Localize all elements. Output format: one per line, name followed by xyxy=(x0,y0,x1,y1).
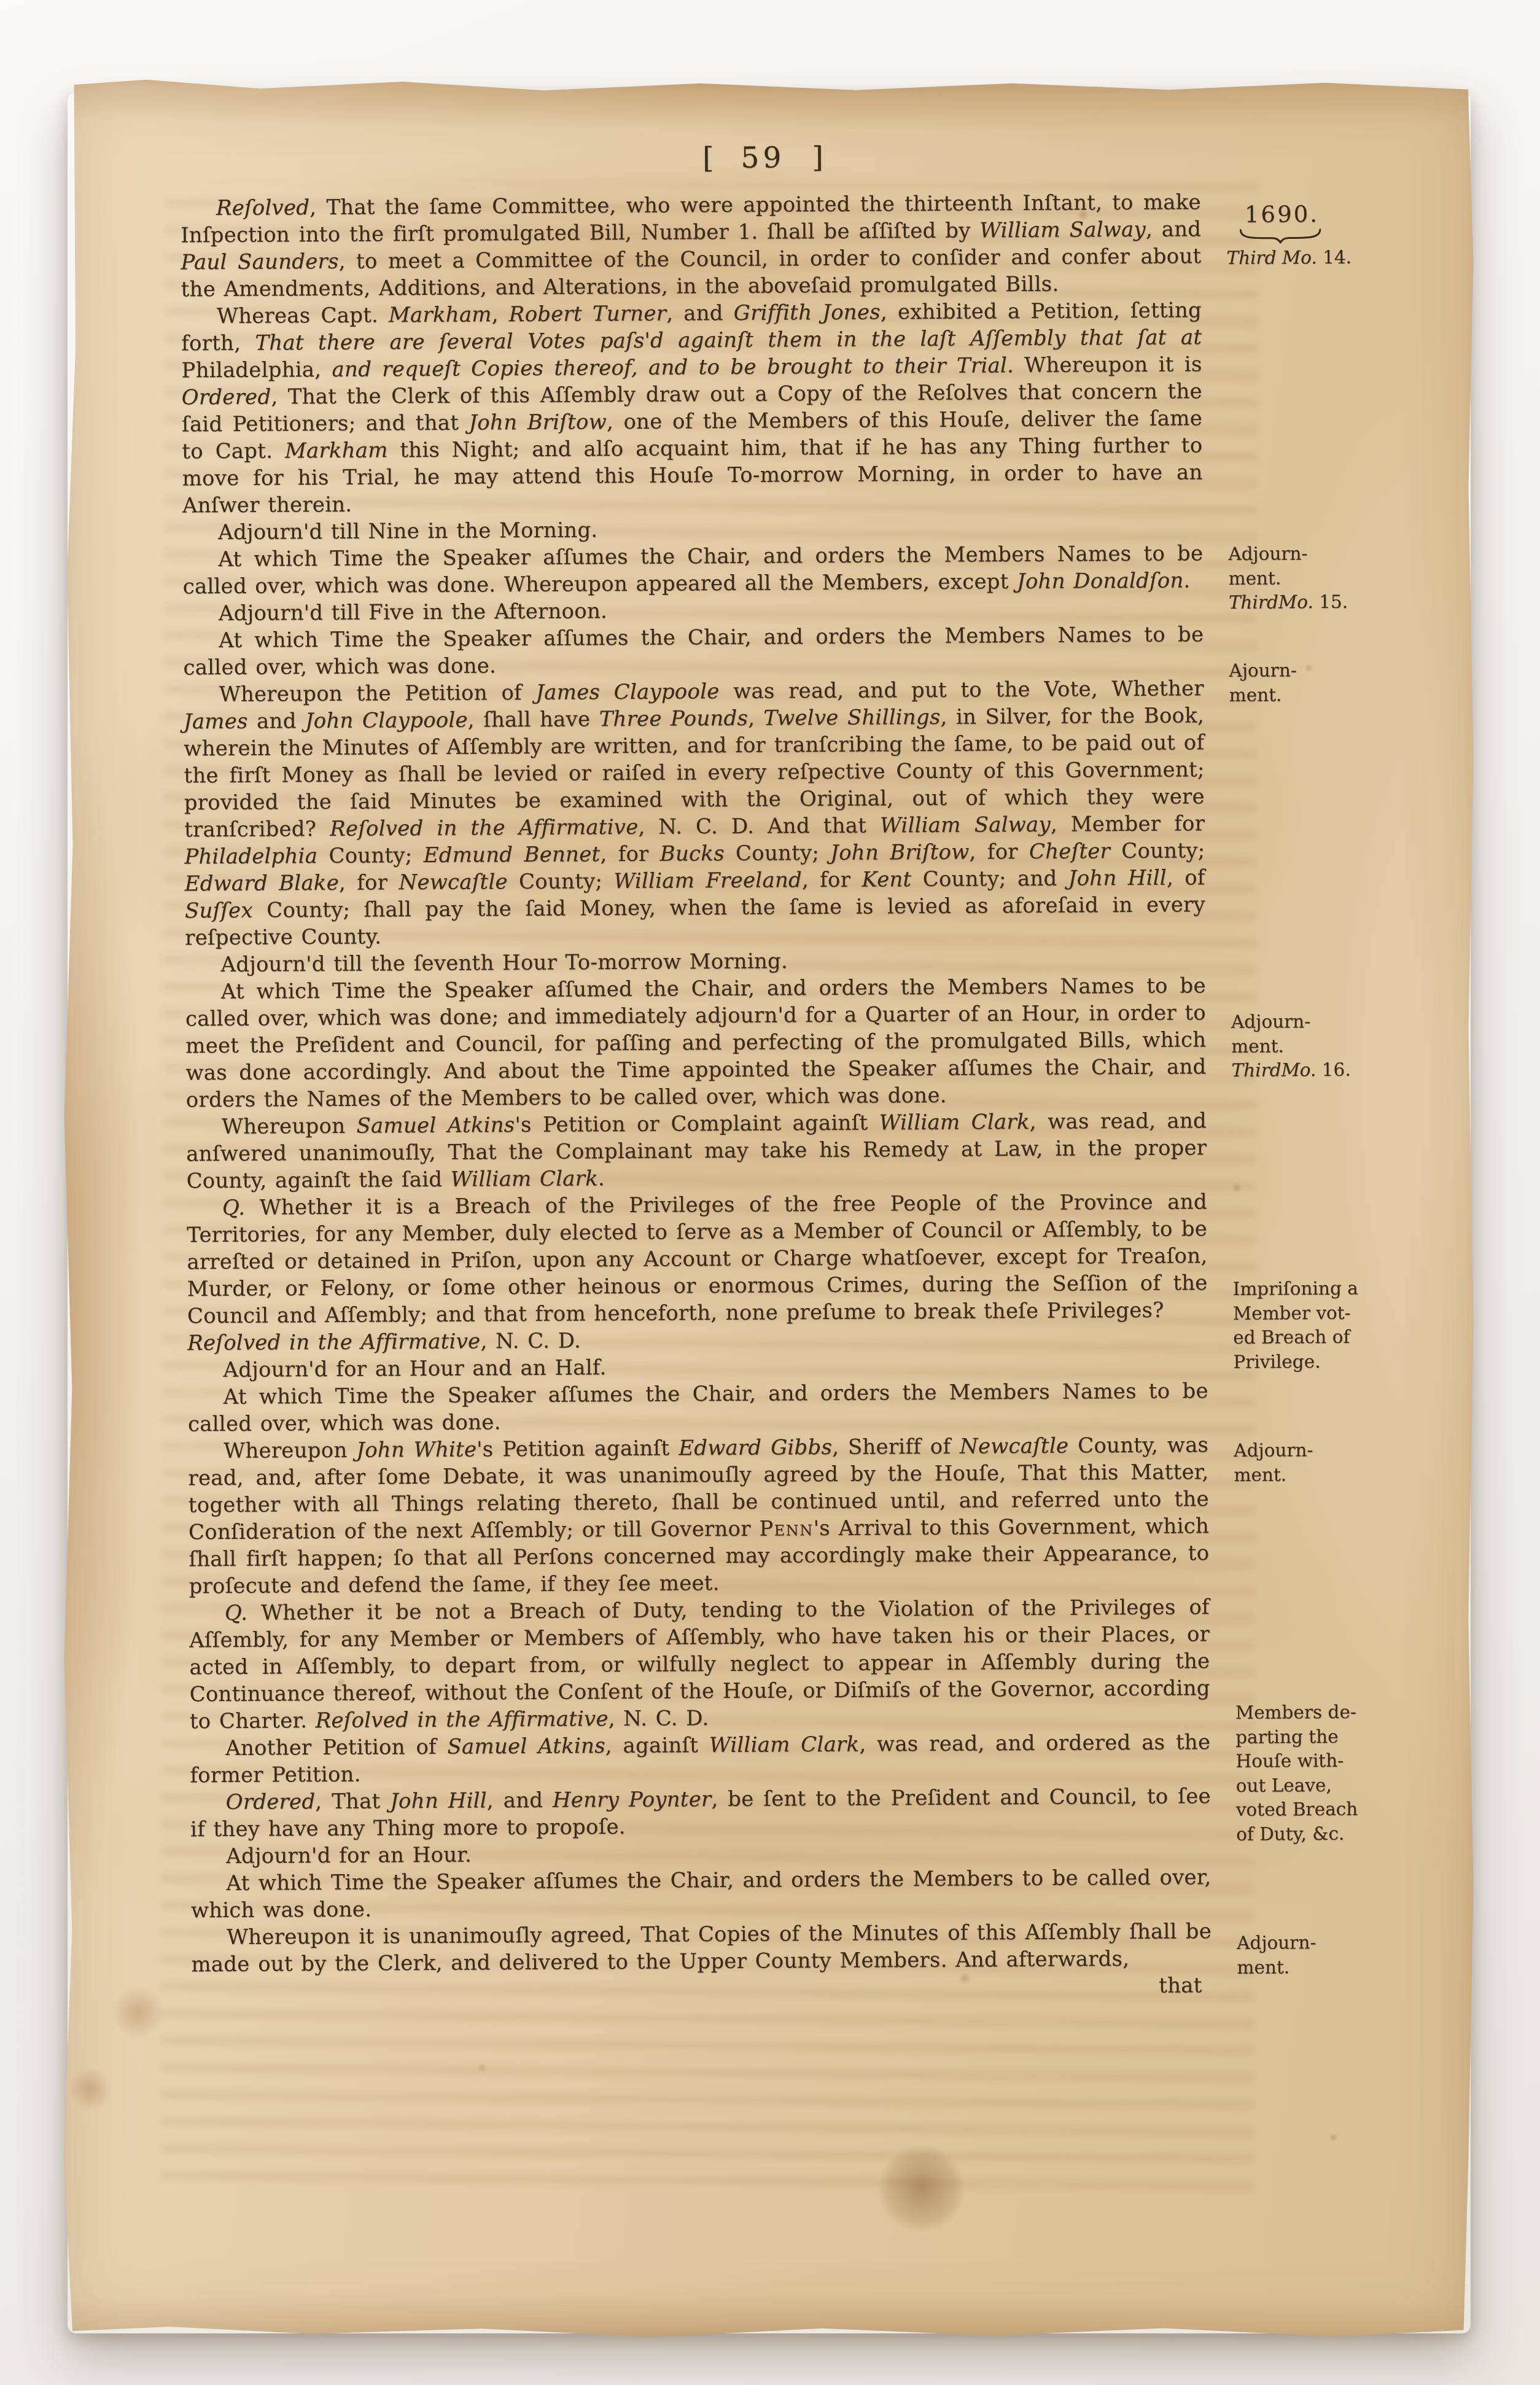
paragraph: Q. Whether it be not a Breach of Duty, t… xyxy=(189,1593,1210,1735)
text-run: Impriſoning a xyxy=(1233,1278,1358,1299)
text-run: James xyxy=(184,709,248,734)
text-run: Q. xyxy=(222,1196,246,1220)
text-run: Newcaſtle xyxy=(960,1434,1069,1459)
text-run: Philadelphia xyxy=(184,844,317,869)
text-run: Markham xyxy=(389,302,492,327)
text-run: Twelve Shillings xyxy=(763,705,940,731)
text-run: ment. xyxy=(1228,567,1281,589)
margin-note-line: Adjourn- xyxy=(1237,1931,1316,1955)
text-run: , N. C. D. xyxy=(480,1328,581,1353)
text-run: County; ſhall pay the ſaid Money, when t… xyxy=(185,892,1205,950)
paragraph: Whereupon the Petition of James Claypool… xyxy=(184,675,1206,951)
text-run: , of xyxy=(1167,865,1205,890)
text-run: of Duty, &c. xyxy=(1236,1823,1344,1844)
text-run: Adjourn- xyxy=(1237,1932,1316,1953)
text-run: Ordered xyxy=(226,1789,316,1815)
text-run: John Briſtow xyxy=(469,410,607,435)
margin-note-adjournment-16: Adjourn-ment.ThirdMo. 16. xyxy=(1231,1010,1351,1083)
text-run: Adjourn- xyxy=(1228,543,1307,564)
margin-note-line: Adjourn- xyxy=(1228,542,1347,567)
text-run: Adjourn'd till Five in the Afternoon. xyxy=(219,599,607,626)
text-run: Adjourn'd for an Hour and an Half. xyxy=(223,1355,606,1382)
text-run: Ordered xyxy=(182,385,271,410)
text-run: ThirdMo. xyxy=(1231,1059,1316,1081)
text-run: out Leave, xyxy=(1236,1775,1332,1796)
text-run: and requeſt Copies thereof, and to be br… xyxy=(332,353,1014,382)
margin-note-adjournment-2: Adjourn-ment. xyxy=(1234,1438,1313,1487)
text-run: Markham xyxy=(285,438,388,463)
text-run: ThirdMo. xyxy=(1229,591,1313,613)
text-run: Cheſter xyxy=(1029,839,1110,864)
text-run: Another Petition of xyxy=(225,1735,448,1761)
text-run: Whereupon xyxy=(224,1438,356,1463)
text-run: , xyxy=(748,706,764,731)
text-run: John Hill xyxy=(1068,866,1167,891)
page-number: [59] xyxy=(252,138,1273,178)
text-run: William Salway xyxy=(880,812,1051,838)
text-run: Ajourn- xyxy=(1229,659,1296,681)
margin-note-date-1690: 1690.Third Mo. 14. xyxy=(1226,202,1351,270)
text-run: , xyxy=(492,302,509,327)
margin-note-line: ment. xyxy=(1237,1955,1316,1980)
margin-note-line: Houſe with- xyxy=(1235,1749,1358,1774)
text-run: Newcaſtle xyxy=(399,870,508,895)
document-page: [59] Reſolved, That the ſame Committee, … xyxy=(55,77,1481,2341)
text-run: Adjourn'd till the ſeventh Hour To-morro… xyxy=(220,949,788,977)
paragraph: Ordered, That John Hill, and Henry Poynt… xyxy=(190,1783,1211,1843)
text-run: Whereupon xyxy=(222,1114,357,1139)
margin-note-line: Impriſoning a xyxy=(1233,1277,1358,1302)
brace-icon xyxy=(1234,227,1327,244)
text-run: , Sheriff of xyxy=(832,1434,960,1460)
text-run: Whereupon it is xyxy=(1014,352,1202,378)
text-run: That there are ſeveral Votes paſs'd agai… xyxy=(255,325,1202,355)
text-run: 16. xyxy=(1316,1059,1351,1080)
text-run: Whether it is a Breach of the Privileges… xyxy=(187,1189,1208,1328)
margin-note-line xyxy=(1226,227,1351,246)
text-column: Reſolved, That the ſame Committee, who w… xyxy=(181,189,1212,2005)
page-number-bracket-close: ] xyxy=(812,141,823,174)
text-run: Griffith Jones xyxy=(734,300,881,325)
margin-note-adjournment: Ajourn-ment. xyxy=(1229,658,1297,707)
text-run: . xyxy=(1183,568,1190,593)
text-run: was read, and put to the Vote, Whether xyxy=(719,676,1204,704)
text-run: James Claypoole xyxy=(535,679,719,705)
text-run: , for xyxy=(969,839,1029,865)
text-run: Bucks xyxy=(660,841,725,866)
margin-notes-column: 1690.Third Mo. 14.Adjourn-ment.ThirdMo. … xyxy=(1226,74,1465,76)
text-run: Reſolved xyxy=(216,195,310,220)
margin-note-line: Adjourn- xyxy=(1231,1010,1350,1035)
margin-note-line: voted Breach xyxy=(1236,1797,1358,1823)
text-run: Members de- xyxy=(1235,1702,1356,1723)
text-run: John White xyxy=(356,1438,476,1463)
text-run: Reſolved in the Affirmative xyxy=(330,815,639,841)
text-run: , for xyxy=(802,868,862,893)
margin-note-line: 1690. xyxy=(1226,202,1351,229)
margin-note-adjournment-15: Adjourn-ment.ThirdMo. 15. xyxy=(1228,542,1348,615)
text-run: County; xyxy=(1110,838,1205,863)
text-run: , N. C. D. And that xyxy=(638,813,880,839)
paragraph: At which Time the Speaker aſſumes the Ch… xyxy=(183,621,1204,681)
margin-note-line: Member vot- xyxy=(1233,1301,1358,1326)
text-run: Philadelphia, xyxy=(181,357,332,383)
text-run: Paul Saunders xyxy=(181,249,338,275)
text-run: voted Breach xyxy=(1236,1799,1358,1820)
text-run: At which Time the Speaker aſſumed the Ch… xyxy=(185,973,1207,1112)
text-run: Reſolved in the Affirmative xyxy=(187,1329,480,1355)
margin-note-line: Third Mo. 14. xyxy=(1226,245,1351,270)
text-run: , and xyxy=(666,301,734,326)
text-run: Q. xyxy=(225,1601,248,1625)
paragraph: Whereas Capt. Markham, Robert Turner, an… xyxy=(181,297,1203,519)
paragraph: At which Time the Speaker aſſumes the Ch… xyxy=(190,1864,1211,1924)
paragraph: Whereupon Samuel Atkins's Petition or Co… xyxy=(186,1107,1207,1194)
text-run: John Donaldſon xyxy=(1017,568,1184,594)
text-run: County; xyxy=(317,843,424,868)
text-run: County; xyxy=(508,869,614,894)
text-run: ed Breach of xyxy=(1233,1326,1350,1348)
margin-note-line: Ajourn- xyxy=(1229,658,1297,683)
text-run: County; and xyxy=(911,866,1068,892)
paragraph: Whereupon it is unanimouſly agreed, That… xyxy=(191,1918,1212,1978)
margin-note-line: ment. xyxy=(1234,1463,1313,1487)
margin-note-line: ment. xyxy=(1231,1033,1350,1059)
text-run: Whereupon the Petition of xyxy=(219,680,536,707)
margin-note-line: ment. xyxy=(1229,683,1297,707)
text-run: Privilege. xyxy=(1233,1351,1320,1372)
paragraph: Q. Whether it is a Breach of the Privile… xyxy=(187,1188,1208,1329)
margin-note-members-departing: Members de-parting theHouſe with-out Lea… xyxy=(1235,1700,1358,1846)
text-run: and xyxy=(248,709,305,734)
text-run: ment. xyxy=(1237,1956,1289,1978)
text-run: Adjourn'd for an Hour. xyxy=(226,1843,472,1869)
text-run: 14. xyxy=(1317,246,1352,267)
text-run: , ſhall have xyxy=(468,707,599,732)
text-run: 's Petition againſt xyxy=(476,1436,679,1462)
text-run: , That xyxy=(315,1789,390,1814)
text-run: William Freeland xyxy=(613,868,802,893)
margin-note-line: ed Breach of xyxy=(1233,1325,1358,1350)
text-run: 15. xyxy=(1313,591,1348,612)
paragraph: At which Time the Speaker aſſumes the Ch… xyxy=(182,540,1204,600)
text-run: parting the xyxy=(1235,1726,1339,1747)
text-run: Three Pounds xyxy=(599,706,748,731)
margin-note-line: out Leave, xyxy=(1235,1773,1358,1798)
text-run: , Member for xyxy=(1051,811,1205,837)
margin-note-line: ThirdMo. 15. xyxy=(1229,590,1348,615)
text-run: John Claypoole xyxy=(305,708,468,734)
text-run: Samuel Atkins xyxy=(447,1733,605,1759)
page-number-value: 59 xyxy=(741,141,785,174)
text-run: Whereupon it is unanimouſly agreed, That… xyxy=(191,1919,1211,1977)
text-run: 1690. xyxy=(1226,201,1319,228)
margin-note-adjournment-3: Adjourn-ment. xyxy=(1237,1931,1316,1980)
text-run: ment. xyxy=(1231,1035,1284,1057)
text-run: , for xyxy=(600,842,660,867)
margin-note-line: ThirdMo. 16. xyxy=(1231,1058,1350,1083)
text-run: John Briſtow xyxy=(830,840,970,865)
text-run: Member vot- xyxy=(1233,1302,1351,1323)
text-run: At which Time the Speaker aſſumes the Ch… xyxy=(183,622,1204,680)
paragraph: At which Time the Speaker aſſumed the Ch… xyxy=(185,972,1207,1113)
text-run: At which Time the Speaker aſſumes the Ch… xyxy=(188,1379,1208,1436)
text-run: , N. C. D. xyxy=(609,1706,709,1731)
text-run: County; xyxy=(725,841,831,866)
text-run: Edward Blake xyxy=(184,871,339,897)
text-run: Reſolved in the Affirmative xyxy=(316,1706,609,1733)
text-run: Whereas Capt. xyxy=(217,303,389,329)
text-run: , againſt xyxy=(605,1733,709,1758)
text-run: 's Petition or Complaint againſt xyxy=(515,1111,879,1138)
text-run: Adjourn- xyxy=(1234,1439,1313,1461)
text-run: William Clark xyxy=(879,1110,1030,1135)
margin-note-line: Members de- xyxy=(1235,1700,1358,1726)
paragraph: At which Time the Speaker aſſumes the Ch… xyxy=(188,1377,1209,1438)
text-run: William Clark xyxy=(709,1732,860,1757)
margin-note-imprisoning-member: Impriſoning aMember vot-ed Breach ofPriv… xyxy=(1233,1277,1359,1374)
page-number-bracket-open: [ xyxy=(702,141,714,175)
text-run: , and xyxy=(487,1788,553,1813)
text-run: , for xyxy=(339,870,399,895)
text-run: Edmund Bennet xyxy=(423,842,600,868)
photo-background: [59] Reſolved, That the ſame Committee, … xyxy=(0,0,1540,2385)
text-run: Third Mo. xyxy=(1226,247,1317,268)
text-run: Suſſex xyxy=(185,898,253,924)
paragraph: Reſolved, That the ſame Committee, who w… xyxy=(181,189,1202,303)
text-run: John Hill xyxy=(390,1788,487,1813)
text-run: Kent xyxy=(861,867,911,892)
margin-note-line: Adjourn- xyxy=(1234,1438,1313,1463)
text-run: Adjourn- xyxy=(1231,1011,1310,1032)
text-run: ment. xyxy=(1234,1464,1286,1485)
text-run: Adjourn'd till Nine in the Morning. xyxy=(218,518,597,545)
margin-note-line: ment. xyxy=(1228,566,1347,591)
text-run: William Salway xyxy=(979,217,1146,243)
text-run: , and xyxy=(1146,217,1201,242)
page-content: [59] Reſolved, That the ſame Committee, … xyxy=(54,74,1487,2344)
margin-note-line: of Duty, &c. xyxy=(1236,1821,1358,1846)
paragraph: Whereupon John White's Petition againſt … xyxy=(188,1431,1210,1600)
text-run: Samuel Atkins xyxy=(356,1113,515,1138)
margin-note-line: Privilege. xyxy=(1233,1349,1358,1374)
text-run: William Clark xyxy=(451,1166,599,1191)
text-run: Edward Gibbs xyxy=(679,1435,832,1461)
text-run: Robert Turner xyxy=(509,302,667,327)
paragraph: Another Petition of Samuel Atkins, again… xyxy=(190,1729,1211,1789)
text-run: Houſe with- xyxy=(1235,1750,1344,1772)
text-run: . xyxy=(598,1166,605,1191)
text-run: Penn xyxy=(759,1516,814,1541)
text-run: Henry Poynter xyxy=(553,1787,712,1813)
text-run: At which Time the Speaker aſſumes the Ch… xyxy=(191,1865,1211,1923)
text-run: ment. xyxy=(1229,684,1282,706)
margin-note-line: parting the xyxy=(1235,1724,1358,1749)
